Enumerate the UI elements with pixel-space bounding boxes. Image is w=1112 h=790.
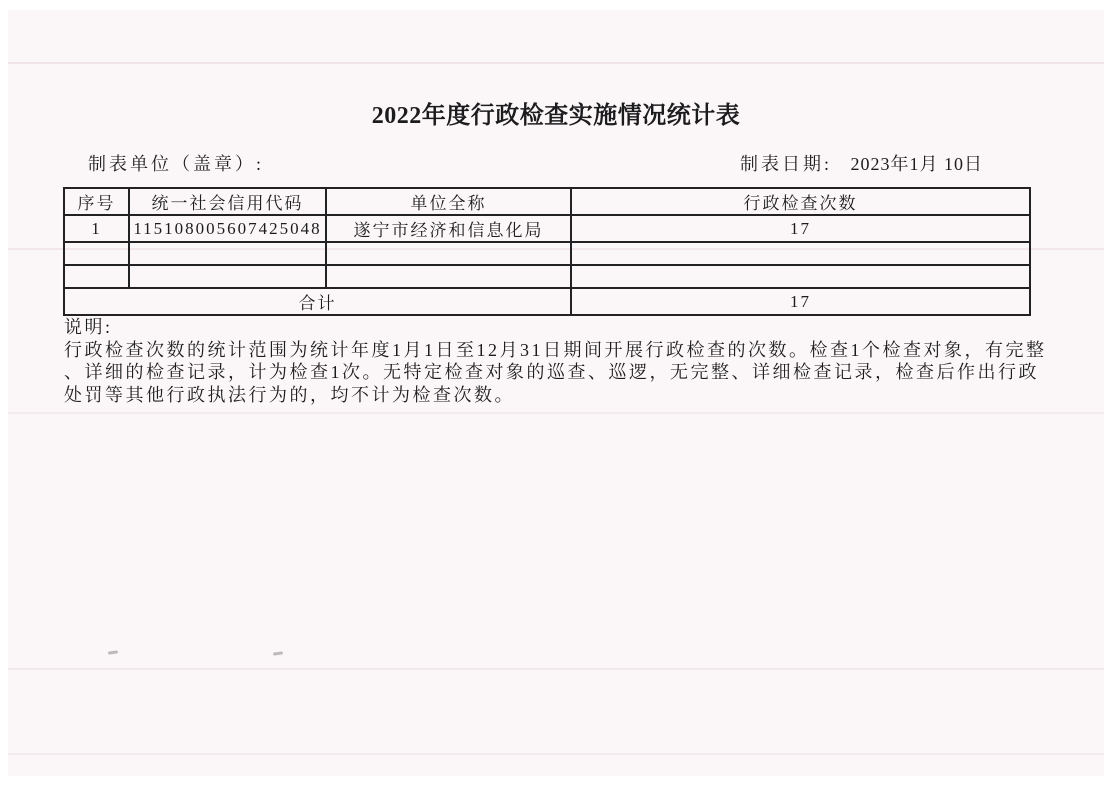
cell-unit-name	[326, 242, 571, 265]
table-total-row: 合计 17	[64, 288, 1030, 315]
cell-serial	[64, 265, 129, 288]
tabulating-date: 制表日期: 2023年1月 10日	[740, 150, 983, 176]
column-header-serial: 序号	[64, 188, 129, 215]
table-header-row: 序号 统一社会信用代码 单位全称 行政检查次数	[64, 188, 1030, 215]
total-label: 合计	[64, 288, 571, 315]
cell-serial: 1	[64, 215, 129, 242]
cell-serial	[64, 242, 129, 265]
notes-section: 说明: 行政检查次数的统计范围为统计年度1月1日至12月31日期间开展行政检查的…	[64, 316, 1047, 406]
tabulating-date-label: 制表日期:	[740, 154, 832, 174]
column-header-credit-code: 统一社会信用代码	[129, 188, 326, 215]
total-value: 17	[571, 288, 1030, 315]
scan-streak	[8, 412, 1104, 414]
table-row: 1 115108005607425048 遂宁市经济和信息化局 17	[64, 215, 1030, 242]
cell-unit-name: 遂宁市经济和信息化局	[326, 215, 571, 242]
cell-inspection-count	[571, 242, 1030, 265]
page-title: 2022年度行政检查实施情况统计表	[0, 95, 1112, 130]
notes-heading: 说明:	[64, 316, 1047, 339]
scan-streak	[8, 62, 1104, 64]
table-row-empty	[64, 242, 1030, 265]
scan-streak	[8, 753, 1104, 755]
cell-credit-code	[129, 242, 326, 265]
column-header-unit-name: 单位全称	[326, 188, 571, 215]
cell-credit-code	[129, 265, 326, 288]
cell-inspection-count: 17	[571, 215, 1030, 242]
tabulating-date-value: 2023年1月 10日	[851, 154, 984, 174]
notes-line: 行政检查次数的统计范围为统计年度1月1日至12月31日期间开展行政检查的次数。检…	[64, 339, 1047, 362]
scan-streak	[8, 668, 1104, 670]
inspection-stats-table: 序号 统一社会信用代码 单位全称 行政检查次数 1 11510800560742…	[63, 187, 1031, 316]
table-row-empty	[64, 265, 1030, 288]
notes-line: 处罚等其他行政执法行为的，均不计为检查次数。	[64, 384, 1047, 407]
column-header-inspection-count: 行政检查次数	[571, 188, 1030, 215]
notes-line: 、详细的检查记录，计为检查1次。无特定检查对象的巡查、巡逻，无完整、详细检查记录…	[64, 361, 1047, 384]
cell-credit-code: 115108005607425048	[129, 215, 326, 242]
tabulating-unit-label: 制表单位（盖章）:	[88, 150, 264, 176]
cell-unit-name	[326, 265, 571, 288]
cell-inspection-count	[571, 265, 1030, 288]
